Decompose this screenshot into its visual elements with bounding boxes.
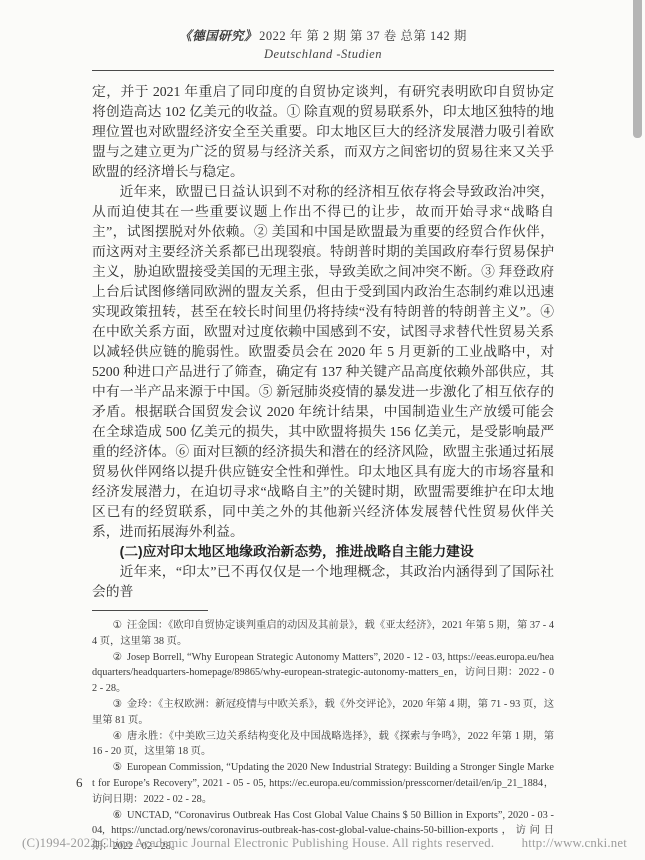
footnote-text: 汪金国：《欧印自贸协定谈判重启的动因及其前景》，载《亚太经济》，2021 年第 …	[92, 620, 554, 647]
body-paragraph: 近年来，“印太”已不再仅仅是一个地理概念，其政治内涵得到了国际社会的普	[92, 562, 554, 602]
footnote-item: ⑤European Commission, “Updating the 2020…	[92, 760, 554, 807]
journal-title: 《德国研究》	[179, 29, 257, 43]
footnotes-block: ①汪金国：《欧印自贸协定谈判重启的动因及其前景》，载《亚太经济》，2021 年第…	[92, 618, 554, 855]
journal-header: 《德国研究》2022 年 第 2 期 第 37 卷 总第 142 期	[92, 26, 554, 44]
scrollbar-thumb[interactable]	[633, 0, 642, 138]
footnote-marker: ⑤	[113, 762, 122, 773]
footnote-text: 金玲：《主权欧洲：新冠疫情与中欧关系》，载《外交评论》，2020 年第 4 期，…	[92, 699, 554, 726]
copyright-footer: (C)1994-2022 China Academic Journal Elec…	[0, 836, 645, 851]
footnote-text: European Commission, “Updating the 2020 …	[92, 762, 554, 805]
footnote-marker: ③	[113, 699, 122, 710]
footnote-item: ④唐永胜：《中美欧三边关系结构变化及中国战略选择》，载《探索与争鸣》，2022 …	[92, 729, 554, 761]
footnote-marker: ②	[113, 652, 122, 663]
footnote-item: ①汪金国：《欧印自贸协定谈判重启的动因及其前景》，载《亚太经济》，2021 年第…	[92, 618, 554, 650]
footnote-marker: ①	[113, 620, 122, 631]
page-number: 6	[76, 775, 83, 791]
copyright-text: (C)1994-2022 China Academic Journal Elec…	[22, 836, 494, 851]
footnote-text: 唐永胜：《中美欧三边关系结构变化及中国战略选择》，载《探索与争鸣》，2022 年…	[92, 731, 554, 758]
journal-page-scan: 《德国研究》2022 年 第 2 期 第 37 卷 总第 142 期 Deuts…	[0, 0, 645, 860]
footnote-item: ③金玲：《主权欧洲：新冠疫情与中欧关系》，载《外交评论》，2020 年第 4 期…	[92, 697, 554, 729]
article-body: 定，并于 2021 年重启了同印度的自贸协定谈判，有研究表明欧印自贸协定将创造高…	[92, 82, 554, 602]
journal-subtitle: Deutschland -Studien	[92, 47, 554, 62]
footnote-text: Josep Borrell, “Why European Strategic A…	[92, 652, 554, 695]
footnote-divider	[92, 610, 208, 611]
body-paragraph-continuation: 定，并于 2021 年重启了同印度的自贸协定谈判，有研究表明欧印自贸协定将创造高…	[92, 82, 554, 182]
body-paragraph: 近年来，欧盟已日益认识到不对称的经济相互依存将会导致政治冲突，从而迫使其在一些重…	[92, 182, 554, 542]
footnote-marker: ④	[113, 731, 122, 742]
footnote-marker: ⑥	[113, 810, 122, 821]
header-divider	[92, 70, 554, 71]
content-column: 《德国研究》2022 年 第 2 期 第 37 卷 总第 142 期 Deuts…	[92, 0, 554, 855]
section-heading: (二)应对印太地区地缘政治新态势，推进战略自主能力建设	[92, 542, 554, 562]
footnote-item: ②Josep Borrell, “Why European Strategic …	[92, 650, 554, 697]
cnki-url: http://www.cnki.net	[522, 836, 627, 851]
issue-info: 2022 年 第 2 期 第 37 卷 总第 142 期	[259, 29, 467, 43]
